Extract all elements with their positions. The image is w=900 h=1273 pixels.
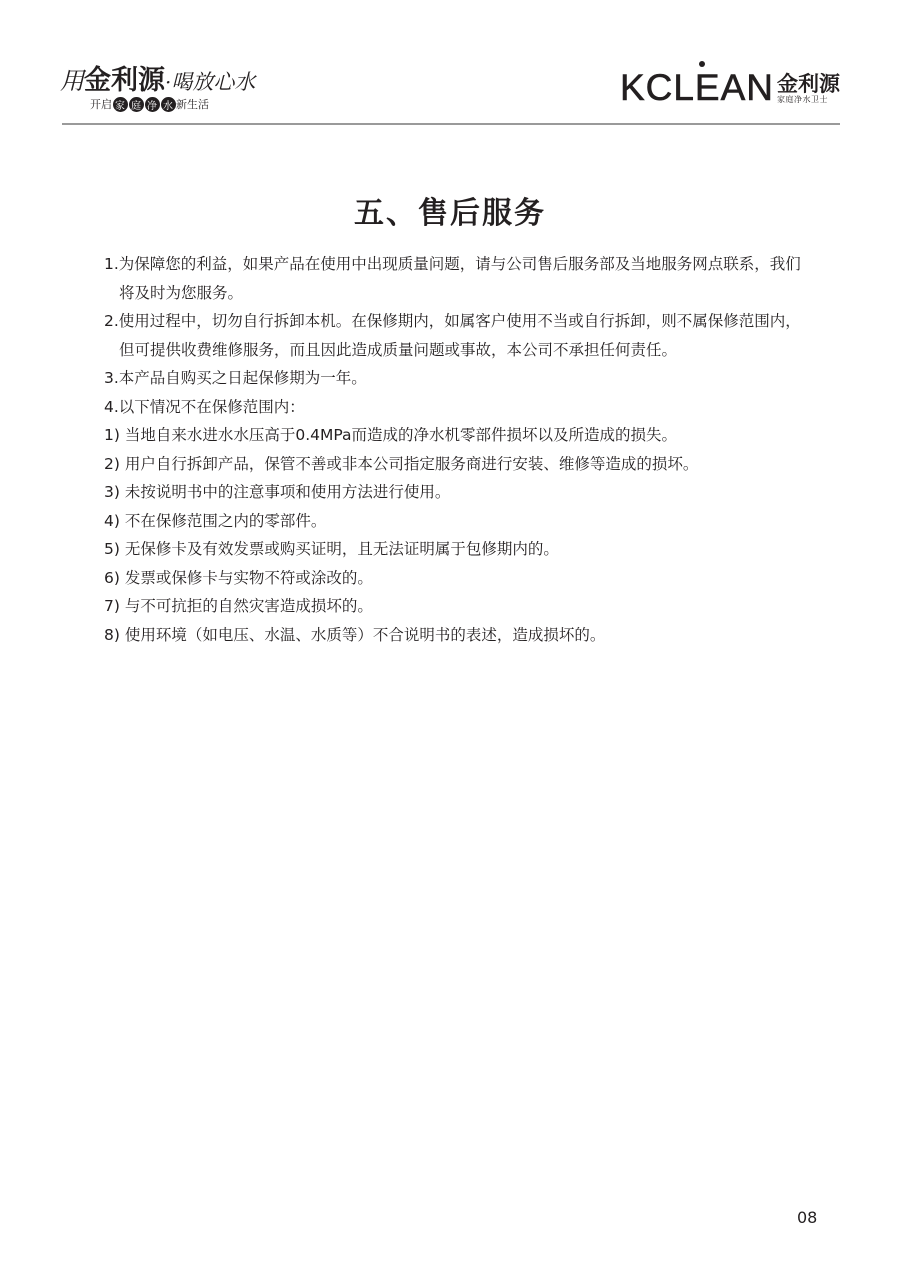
slogan-sub-before: 开启 xyxy=(90,96,112,112)
logo-subtitle-cn: 家庭净水卫士 xyxy=(777,95,840,105)
header-divider xyxy=(62,123,840,125)
kclean-cn-block: 金利源 家庭净水卫士 xyxy=(777,73,840,105)
slogan-sub-after: 新生活 xyxy=(176,96,209,112)
exclusion-item: 5) 无保修卡及有效发票或购买证明，且无法证明属于包修期内的。 xyxy=(104,535,814,564)
page-number: 08 xyxy=(797,1208,817,1227)
circled-char: 家 xyxy=(113,97,128,112)
circled-char: 庭 xyxy=(129,97,144,112)
slogan-tagline: 喝放心水 xyxy=(171,70,255,94)
slogan-logo: 用金利源·喝放心水 开启 家 庭 净 水 新生活 xyxy=(60,58,300,118)
logo-brand-cn: 金利源 xyxy=(777,73,840,95)
kclean-logo: KCLEAN 金利源 家庭净水卫士 xyxy=(620,68,840,108)
exclusion-item: 3) 未按说明书中的注意事项和使用方法进行使用。 xyxy=(104,478,814,507)
slogan-main: 用金利源·喝放心水 xyxy=(60,58,255,97)
document-body: 1.为保障您的利益，如果产品在使用中出现质量问题，请与公司售后服务部及当地服务网… xyxy=(104,250,814,649)
exclusion-item: 1) 当地自来水进水水压高于0.4MPa而造成的净水机零部件损坏以及所造成的损失… xyxy=(104,421,814,450)
exclusion-item: 7) 与不可抗拒的自然灾害造成损坏的。 xyxy=(104,592,814,621)
section-title: 五、售后服务 xyxy=(0,188,900,232)
slogan-brand: 金利源 xyxy=(84,65,165,96)
kclean-wordmark-text: KCLEAN xyxy=(620,67,774,108)
paragraph: 1.为保障您的利益，如果产品在使用中出现质量问题，请与公司售后服务部及当地服务网… xyxy=(104,250,814,307)
exclusion-item: 2) 用户自行拆卸产品，保管不善或非本公司指定服务商进行安装、维修等造成的损坏。 xyxy=(104,450,814,479)
paragraph: 4.以下情况不在保修范围内： xyxy=(104,393,814,422)
slogan-subline: 开启 家 庭 净 水 新生活 xyxy=(90,96,209,112)
logo-dot-icon xyxy=(699,61,705,67)
paragraph: 2.使用过程中，切勿自行拆卸本机。在保修期内，如属客户使用不当或自行拆卸，则不属… xyxy=(104,307,814,364)
exclusion-item: 8) 使用环境（如电压、水温、水质等）不合说明书的表述，造成损坏的。 xyxy=(104,621,814,650)
exclusion-item: 4) 不在保修范围之内的零部件。 xyxy=(104,507,814,536)
circled-char: 净 xyxy=(145,97,160,112)
kclean-wordmark: KCLEAN xyxy=(620,68,774,108)
paragraph: 3.本产品自购买之日起保修期为一年。 xyxy=(104,364,814,393)
exclusion-item: 6) 发票或保修卡与实物不符或涂改的。 xyxy=(104,564,814,593)
slogan-prefix: 用 xyxy=(60,67,84,95)
page-header: 用金利源·喝放心水 开启 家 庭 净 水 新生活 KCLEAN 金利源 家庭净水… xyxy=(0,0,900,130)
circled-char: 水 xyxy=(161,97,176,112)
